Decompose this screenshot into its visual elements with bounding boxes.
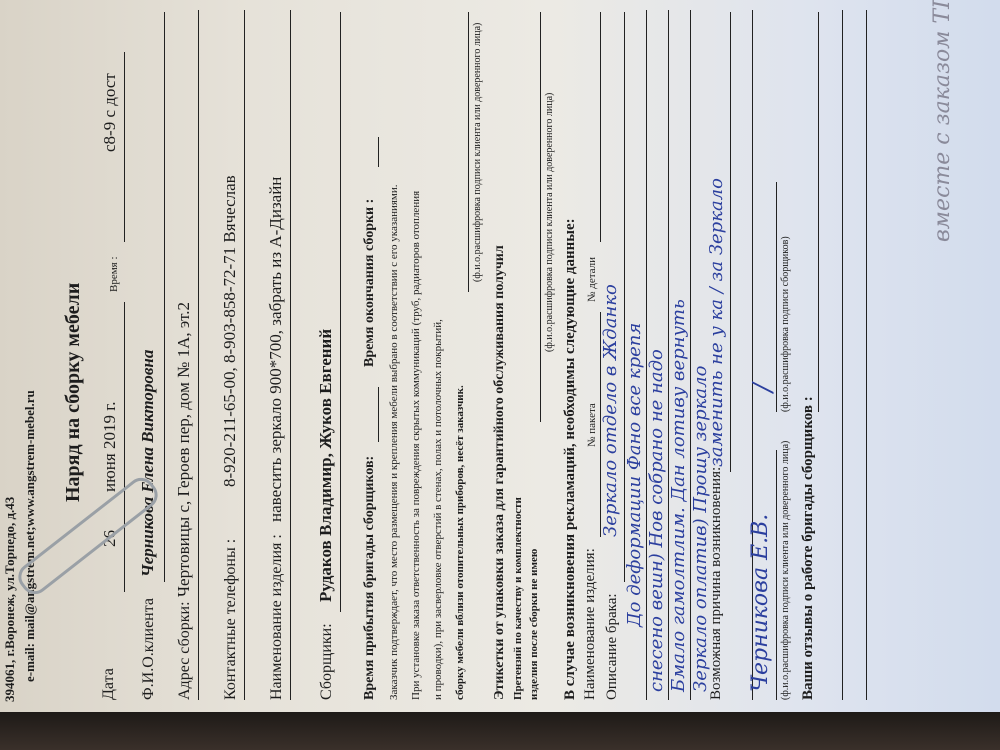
client-name: Черникова Елена Викторовна — [138, 350, 158, 577]
margin-note: вместе с заказом ТП — [930, 0, 955, 242]
feedback-label: Ваши отзывы о работе бригады сборщиков : — [800, 396, 817, 700]
assembly-order-sheet: 394061, г.Воронеж, ул.Торпедо, д.43 e-ma… — [0, 0, 1000, 712]
complaint-heading: В случае возникновения рекламаций, необх… — [562, 218, 579, 700]
handwritten-cause: заменить не у ка / за Зеркало — [706, 178, 727, 467]
date-line — [124, 302, 125, 592]
signature-caption: (ф.и.о.расшифровка подписи сборщиков) — [780, 236, 791, 412]
client-label: Ф.И.О.клиента — [140, 598, 158, 700]
signature-caption: (ф.и.о.расшифровка подписи клиента или д… — [780, 441, 791, 700]
handwritten-defect: снесено вешн) Нов собрано не надо — [646, 349, 667, 692]
cause-line — [730, 12, 731, 472]
time-label: Время : — [108, 256, 120, 292]
client-signature: Черникова Е.В. — [748, 514, 773, 692]
client-signature-line-1[interactable] — [468, 12, 469, 292]
end-time-label: Время окончания сборки : — [362, 199, 378, 367]
company-address: 394061, г.Воронеж, ул.Торпедо, д.43 — [2, 497, 18, 702]
cause-label: Возможная причина возникновения: — [708, 467, 725, 700]
address-label: Адрес сборки: — [176, 601, 194, 700]
assemblers-line — [340, 12, 341, 612]
company-contacts: e-mail: mail@angstrem.net;www.angstrem-m… — [22, 390, 38, 682]
address-line — [198, 10, 199, 700]
end-time-field[interactable] — [378, 137, 379, 167]
disclaimer-line: и проводки), при засверловке отверстий в… — [432, 319, 444, 700]
product-label: Наименование изделия : — [268, 534, 286, 700]
claims-line-2: изделия после сборки не имею — [528, 549, 540, 700]
product-value: навесить зеркало 900*700, забрать из А-Д… — [266, 177, 286, 522]
assemblers-value: Рудаков Владимир, Жуков Евгений — [316, 329, 336, 602]
package-number-label: № пакета — [586, 403, 598, 447]
handwritten-defect: До деформации Фано все крепя — [624, 323, 645, 627]
signature-caption: (ф.и.о.расшифровка подписи клиента или д… — [472, 23, 483, 282]
phones-label: Контактные телефоны : — [222, 539, 240, 700]
assemblers-label: Сборщики: — [318, 623, 336, 700]
phones-line — [244, 10, 245, 700]
client-line — [164, 12, 165, 582]
address-value: Чертовицы с, Героев пер, дом № 1А, эт.2 — [174, 302, 194, 597]
defect-label: Описание брака: — [604, 593, 621, 700]
handwritten-defect: Бмало гамолтлим. Дан лотиву вернуть — [668, 299, 689, 692]
assembler-signature: / — [748, 383, 778, 392]
time-line — [124, 52, 125, 242]
phones-value: 8-920-211-65-00, 8-903-858-72-71 Вячесла… — [220, 175, 240, 487]
detail-number-label: № детали — [586, 257, 598, 302]
client-signature-line-2[interactable] — [540, 12, 541, 422]
client-signature-line-3[interactable] — [776, 450, 777, 700]
arrival-time-field[interactable] — [378, 387, 379, 442]
time-value: с8-9 с дост — [100, 73, 120, 152]
date-label: Дата — [100, 668, 118, 700]
table-surface — [0, 712, 1000, 750]
assembler-signature-line[interactable] — [776, 182, 777, 412]
date-month-year: июня 2019 г. — [100, 401, 120, 492]
feedback-line[interactable] — [866, 10, 867, 700]
page-title: Наряд на сборку мебели — [62, 283, 85, 502]
disclaimer-line: Заказчик подтверждает, что место размеще… — [388, 184, 400, 700]
complaint-product-label: Наименование изделия: — [582, 548, 599, 700]
feedback-line[interactable] — [842, 10, 843, 700]
labels-heading: Этикетки от упаковки заказа для гарантий… — [492, 245, 508, 700]
detail-number-field[interactable] — [600, 12, 601, 242]
arrival-time-label: Время прибытия бригады сборщиков: — [362, 456, 378, 700]
claims-line-1: Претензий по качеству и комплектности — [512, 497, 524, 700]
product-line — [290, 10, 291, 700]
signature-caption: (ф.и.о.расшифровка подписи клиента или д… — [544, 93, 555, 352]
disclaimer-line: сборку мебели вблизи отопительных прибор… — [454, 385, 466, 700]
disclaimer-line: При установке заказа ответственность за … — [410, 191, 422, 700]
handwritten-defect: Зеркало отдело в Жданко — [600, 284, 621, 537]
feedback-line[interactable] — [818, 12, 819, 412]
